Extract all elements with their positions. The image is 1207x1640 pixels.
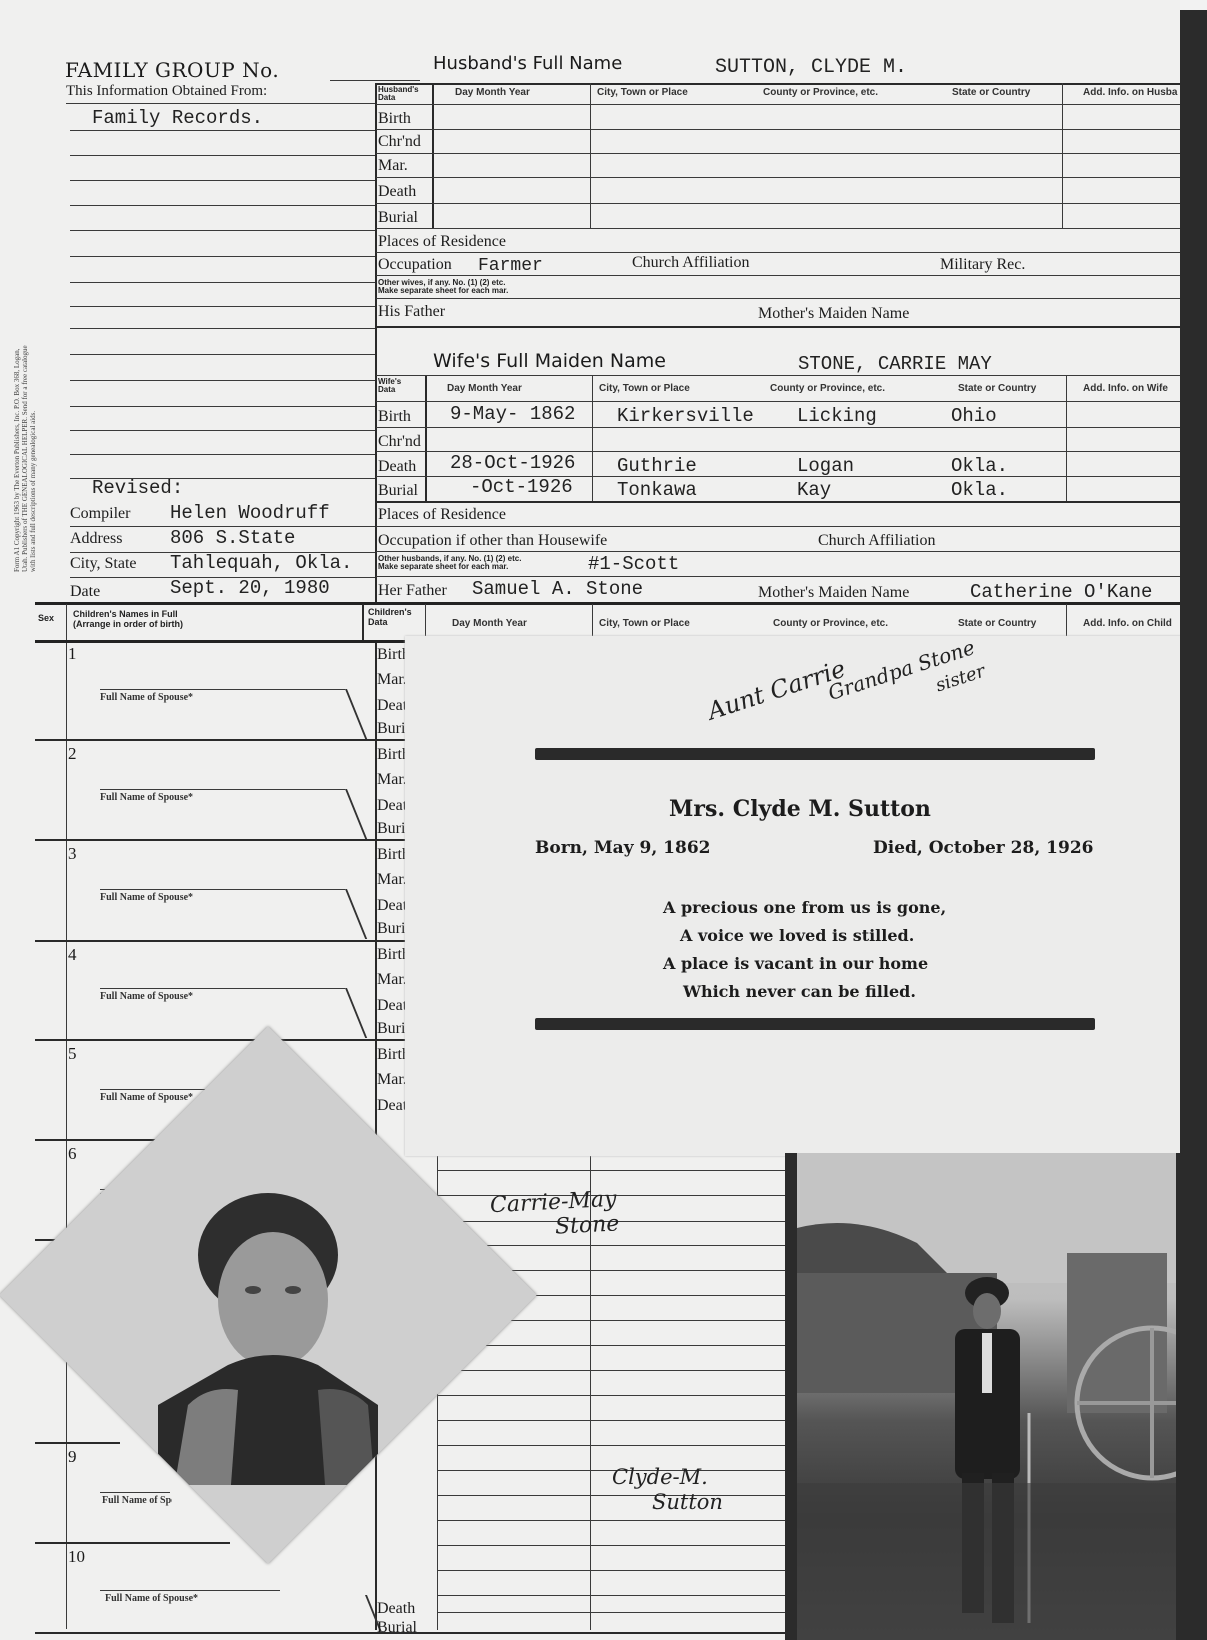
card-top-rule (535, 748, 1095, 760)
husband-name-value[interactable]: SUTTON, CLYDE M. (715, 56, 907, 79)
wife-occupation-label: Occupation if other than Housewife (378, 532, 607, 550)
address-label: Address (70, 530, 122, 548)
compiler-value[interactable]: Helen Woodruff (170, 502, 330, 524)
child-10-spouse-label: Full Name of Spouse* (105, 1593, 198, 1604)
date-label: Date (70, 583, 100, 601)
memorial-card: Aunt Carrie Grandpa Stone sister Mrs. Cl… (405, 636, 1195, 1156)
wife-row-burial: Burial (378, 482, 418, 500)
wife-death-date[interactable]: 28-Oct-1926 (450, 452, 575, 474)
card-verse-line-3: A place is vacant in our home (663, 954, 928, 973)
child-1-number: 1 (68, 644, 77, 664)
form-title: FAMILY GROUP No. (65, 58, 279, 82)
wife-other-husbands-value[interactable]: #1-Scott (588, 553, 679, 575)
child-5-mar-label: Mar. (377, 1071, 407, 1089)
compiler-label: Compiler (70, 505, 130, 523)
child-3-spouse-label: Full Name of Spouse* (100, 892, 193, 903)
child-1-mar-label: Mar. (377, 671, 407, 689)
card-deceased-name: Mrs. Clyde M. Sutton (405, 796, 1195, 822)
card-verse-line-1: A precious one from us is gone, (663, 898, 946, 917)
husband-name-label: Husband's Full Name (433, 53, 622, 74)
husband-occupation-value[interactable]: Farmer (478, 256, 543, 276)
husband-occupation-label: Occupation (378, 256, 452, 274)
husband-col-addinfo: Add. Info. on Husba (1083, 87, 1177, 98)
husband-row-birth: Birth (378, 110, 411, 128)
children-data-label: Children'sData (368, 607, 412, 627)
wife-birth-city[interactable]: Kirkersville (617, 405, 754, 427)
family-group-sheet: FAMILY GROUP No. Husband's Full Name SUT… (0, 0, 1180, 1640)
woman-caption-line-2: Stone (554, 1211, 620, 1239)
wife-data-label: Wife'sData (378, 378, 401, 394)
info-obtained-label: This Information Obtained From: (66, 83, 267, 100)
wife-burial-state[interactable]: Okla. (951, 479, 1008, 501)
city-state-value[interactable]: Tahlequah, Okla. (170, 552, 352, 574)
children-sex-label: Sex (38, 614, 54, 622)
address-value[interactable]: 806 S.State (170, 527, 295, 549)
wife-col-county: County or Province, etc. (770, 383, 885, 394)
husband-military-label: Military Rec. (940, 256, 1025, 274)
children-col-state: State or Country (958, 618, 1036, 629)
copyright-note: Form A1 Copyright 1963 by The Everton Pu… (13, 332, 37, 572)
family-group-number-line (330, 80, 420, 81)
child-9-spouse-label: Full Name of Spouse* (102, 1495, 172, 1506)
child-10-burial-label: Burial (377, 1619, 417, 1637)
child-6-number: 6 (68, 1144, 77, 1164)
husband-other-wives-label: Other wives, if any. No. (1) (2) etc.Mak… (378, 279, 508, 295)
child-4-number: 4 (68, 945, 77, 965)
wife-mother-value[interactable]: Catherine O'Kane (970, 581, 1152, 603)
date-value[interactable]: Sept. 20, 1980 (170, 577, 330, 599)
man-caption-line-1: Clyde-M. (612, 1465, 708, 1489)
child-2-number: 2 (68, 744, 77, 764)
wife-death-county[interactable]: Logan (797, 455, 854, 477)
wife-birth-state[interactable]: Ohio (951, 405, 997, 427)
wife-col-addinfo: Add. Info. on Wife (1083, 383, 1168, 394)
wife-birth-county[interactable]: Licking (797, 405, 877, 427)
child-3-number: 3 (68, 844, 77, 864)
child-2-mar-label: Mar. (377, 771, 407, 789)
husband-church-label: Church Affiliation (632, 254, 749, 272)
woman-portrait-icon (78, 1105, 458, 1485)
wife-residence-label: Places of Residence (378, 506, 506, 524)
husband-row-death: Death (378, 183, 416, 201)
children-names-label: Children's Names in Full(Arrange in orde… (73, 609, 183, 629)
children-col-county: County or Province, etc. (773, 618, 888, 629)
child-5-number: 5 (68, 1044, 77, 1064)
wife-name-value[interactable]: STONE, CARRIE MAY (798, 353, 992, 375)
children-col-city: City, Town or Place (599, 618, 690, 629)
husband-row-marriage: Mar. (378, 157, 408, 175)
child-10-number: 10 (68, 1547, 85, 1567)
man-with-wagon-photo-icon (797, 1153, 1176, 1640)
wife-father-value[interactable]: Samuel A. Stone (472, 578, 643, 600)
card-born-date: Born, May 9, 1862 (535, 838, 710, 858)
wife-name-label: Wife's Full Maiden Name (433, 350, 666, 372)
man-caption-line-2: Sutton (652, 1490, 723, 1514)
wife-mother-label: Mother's Maiden Name (758, 584, 909, 602)
husband-mother-label: Mother's Maiden Name (758, 305, 909, 323)
husband-col-county: County or Province, etc. (763, 87, 878, 98)
wife-col-state: State or Country (958, 383, 1036, 394)
wife-row-birth: Birth (378, 408, 411, 426)
husband-col-city: City, Town or Place (597, 87, 688, 98)
photo-clyde-sutton (785, 1153, 1190, 1640)
child-5-spouse-label: Full Name of Spouse* (100, 1092, 193, 1103)
wife-death-city[interactable]: Guthrie (617, 455, 697, 477)
child-4-spouse-label: Full Name of Spouse* (100, 991, 193, 1002)
husband-col-date: Day Month Year (455, 87, 530, 98)
wife-row-christened: Chr'nd (378, 433, 421, 451)
wife-birth-date[interactable]: 9-May- 1862 (450, 403, 575, 425)
wife-burial-city[interactable]: Tonkawa (617, 479, 697, 501)
city-state-label: City, State (70, 555, 137, 573)
child-4-mar-label: Mar. (377, 971, 407, 989)
husband-data-label: Husband'sData (378, 86, 419, 102)
wife-burial-county[interactable]: Kay (797, 479, 831, 501)
card-verse-line-2: A voice we loved is stilled. (680, 926, 914, 945)
card-died-date: Died, October 28, 1926 (873, 838, 1093, 858)
card-bottom-rule (535, 1018, 1095, 1030)
wife-row-death: Death (378, 458, 416, 476)
child-3-mar-label: Mar. (377, 871, 407, 889)
child-2-spouse-label: Full Name of Spouse* (100, 792, 193, 803)
revised-label: Revised: (92, 477, 183, 499)
husband-row-christened: Chr'nd (378, 133, 421, 151)
wife-burial-date[interactable]: -Oct-1926 (470, 476, 573, 498)
wife-father-label: Her Father (378, 582, 447, 600)
husband-residence-label: Places of Residence (378, 233, 506, 251)
child-10-death-label: Death (377, 1600, 415, 1618)
card-verse-line-4: Which never can be filled. (683, 982, 916, 1001)
children-col-addinfo: Add. Info. on Child (1083, 618, 1172, 629)
husband-col-state: State or Country (952, 87, 1030, 98)
info-obtained-value[interactable]: Family Records. (92, 107, 263, 129)
husband-row-burial: Burial (378, 209, 418, 227)
scan-edge (1180, 0, 1207, 1640)
child-9-number: 9 (68, 1447, 77, 1467)
husband-father-label: His Father (378, 303, 445, 321)
wife-col-date: Day Month Year (447, 383, 522, 394)
child-1-spouse-label: Full Name of Spouse* (100, 692, 193, 703)
wife-other-husbands-label: Other husbands, if any. No. (1) (2) etc.… (378, 555, 521, 571)
children-col-date: Day Month Year (452, 618, 527, 629)
wife-death-state[interactable]: Okla. (951, 455, 1008, 477)
wife-col-city: City, Town or Place (599, 383, 690, 394)
wife-church-label: Church Affiliation (818, 532, 935, 550)
